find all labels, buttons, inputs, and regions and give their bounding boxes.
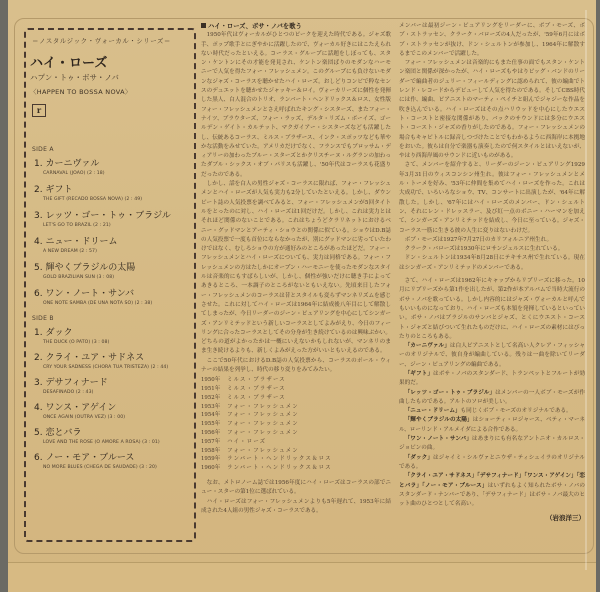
track-title-jp: 6. ノー・モア・ブルース — [34, 450, 194, 463]
poll-winner-row: 1953年フォー・フレッシュメン — [201, 403, 391, 412]
poll-winners-list: 1950年ミルス・ブラザース1951年ミルス・ブラザース1952年ミルス・ブラザ… — [201, 376, 391, 473]
track-title-en: GOLD BRAZILIAN SUN (3 : 08) — [43, 275, 194, 280]
track-title-en: LOVE AND THE ROSE (O AMORE A ROSA) (3 : … — [43, 440, 194, 445]
artist-name: ハイ・ローズ — [30, 52, 107, 71]
poll-year: 1955年 — [201, 420, 227, 429]
track-title-en: ONCE AGAIN (OUTRA VEZ) (3 : 00) — [43, 415, 194, 420]
series-title: ＝ノスタルジック・ヴォーカル・シリーズ＝ — [32, 36, 171, 45]
poll-year: 1954年 — [201, 411, 227, 420]
poll-group: フォー・フレッシュメン — [227, 411, 299, 420]
poll-year: 1959年 — [201, 455, 227, 464]
track-item: 6. ワン・ノート・サンバONE NOTE SAMBA (DE UNA NOTA… — [34, 286, 194, 306]
poll-year: 1952年 — [201, 394, 227, 403]
track-title-en: DESAFINADO (2 : 43) — [43, 390, 194, 395]
poll-year: 1956年 — [201, 429, 227, 438]
song-title: 「ギフト」 — [405, 371, 433, 377]
article-heading: ハイ・ローズ、ボサ・ノバを歌う — [201, 22, 391, 31]
track-title-jp: 5. 恋とバラ — [34, 425, 194, 438]
song-note: 「ギフト」はボサ・ノバのスタンダード、トランペットとフルートが効果的だ。 — [399, 370, 585, 389]
poll-winner-row: 1960年ランバート・ヘンドリックス＆ロス — [201, 464, 391, 473]
track-item: 5. 恋とバラLOVE AND THE ROSE (O AMORE A ROSA… — [34, 425, 194, 445]
author-signature: （岩浪洋三） — [399, 514, 585, 523]
track-title-en: LET'S GO TO BRAZIL (2 : 21) — [43, 223, 194, 228]
track-title-jp: 4. ワンス・アゲイン — [34, 400, 194, 413]
poll-year: 1950年 — [201, 376, 227, 385]
album-title-jp: ハプン・トゥ・ボサ・ノバ — [30, 72, 119, 83]
song-note: 「ダック」はジャイミ・シルヴァとニウザ・ティシェイラのオリジナルである。 — [399, 454, 585, 473]
track-item: 1. ダックTHE DUCK (O PATO) (3 : 08) — [34, 325, 194, 345]
article-paragraph: しかし、話を白人の男性ジャズ・コーラスに限れば、フォー・フレッシュメンとハイ・ロ… — [201, 180, 391, 357]
song-note: 「カーニヴァル」は白人ピアニストとして名高い人クレア・フィッシャーのオリジナルで… — [399, 342, 585, 370]
track-item: 2. クライ・ユア・サドネスCRY YOUR SADNESS (CHORA TU… — [34, 350, 194, 370]
poll-winner-row: 1959年ランバート・ヘンドリックス＆ロス — [201, 455, 391, 464]
article-paragraph: ドン・シェルトンは1934年8月28日にテキサス州で生れている。現在はシンガーズ… — [399, 254, 585, 273]
track-title-en: A NEW DREAM (2 : 57) — [43, 249, 194, 254]
track-item: 4. ワンス・アゲインONCE AGAIN (OUTRA VEZ) (3 : 0… — [34, 400, 194, 420]
song-notes: 「カーニヴァル」は白人ピアニストとして名高い人クレア・フィッシャーのオリジナルで… — [399, 342, 585, 509]
article-paragraph: なお、メトロノーム誌では1956年度にハイ・ローズはコーラスの部でニュー・スター… — [201, 479, 391, 498]
track-item: 2. ギフトTHE GIFT (RECADO BOSSA NOVA) (2 : … — [34, 182, 194, 202]
poll-winner-row: 1954年フォー・フレッシュメン — [201, 411, 391, 420]
article-paragraph: ボブ・モーズは1927年7月27日のカリフォルニア州生れ。 — [399, 236, 585, 245]
article-column-middle: ハイ・ローズ、ボサ・ノバを歌う 1950年代はヴォーカルがひとつのピークを迎えた… — [201, 22, 391, 516]
track-title-jp: 4. ニュー・ドリーム — [34, 234, 194, 247]
poll-group: フォー・フレッシュメン — [227, 447, 299, 456]
track-title-jp: 5. 輝やくブラジルの太陽 — [34, 260, 194, 273]
poll-group: ハイ・ローズ — [227, 438, 266, 447]
poll-group: フォー・フレッシュメン — [227, 420, 299, 429]
poll-year: 1957年 — [201, 438, 227, 447]
poll-group: ランバート・ヘンドリックス＆ロス — [227, 464, 332, 473]
article-paragraph: 1950年代はヴォーカルがひとつのピークを迎えた時代である。ジャズ歌手、ポップ歌… — [201, 31, 391, 180]
poll-winner-row: 1956年フォー・フレッシュメン — [201, 429, 391, 438]
article-paragraph: フォー・フレッシュメンは音楽的にもまた仕事の面でもスタン・ケントン楽団と関係が深… — [399, 59, 585, 161]
track-title-en: NO MORE BLUES (CHEGA DE SAUDADE) (3 : 20… — [43, 465, 194, 470]
song-note: 「クライ・ユア・サドネス」「デサフィナード」「ワンス・アゲイン」「恋とバラ」「ノ… — [399, 472, 585, 509]
track-item: 3. レッツ・ゴー・トゥ・ブラジルLET'S GO TO BRAZIL (2 :… — [34, 208, 194, 228]
track-title-en: THE GIFT (RECADO BOSSA NOVA) (2 : 49) — [43, 197, 194, 202]
poll-group: ミルス・ブラザース — [227, 394, 286, 403]
song-title: 「カーニヴァル」 — [405, 343, 450, 349]
track-title-en: CARNAVAL (JOAO) (2 : 18) — [43, 171, 194, 176]
track-title-jp: 1. カーニヴァル — [34, 156, 194, 169]
track-item: 6. ノー・モア・ブルースNO MORE BLUES (CHEGA DE SAU… — [34, 450, 194, 470]
square-bullet-icon — [201, 23, 206, 28]
poll-group: フォー・フレッシュメン — [227, 429, 299, 438]
track-item: 4. ニュー・ドリームA NEW DREAM (2 : 57) — [34, 234, 194, 254]
song-title: 「ダック」 — [405, 455, 433, 461]
song-title: 「輝やくブラジルの太陽」 — [405, 417, 473, 423]
song-title: 「ワン・ノート・サンバ」 — [405, 436, 472, 442]
article-paragraph: ここで50年代におけるD.B誌の人気投票から、コーラスのポール・ウィナーの結果を… — [201, 357, 391, 376]
article-paragraph: クラーク・バローズは1930年にロサンジェルスに生れている。 — [399, 245, 585, 254]
track-title-en: CRY YOUR SADNESS (CHORA TUA TRISTEZA) (2… — [43, 365, 194, 370]
poll-winner-row: 1958年フォー・フレッシュメン — [201, 447, 391, 456]
article-paragraph: さて、メンバーを紹介すると、リーダーのジーン・ピュアリング1929年3月31日の… — [399, 161, 585, 235]
article-column-right: メンバーは最初ジーン・ピュアリングをリーダーに、ボブ・モーズ、ボブ・ストラッセン… — [399, 22, 585, 524]
song-title: 「レッツ・ゴー・トゥ・ブラジル」 — [405, 390, 496, 396]
track-title-jp: 3. デサフィナード — [34, 375, 194, 388]
reprise-logo-icon: r — [32, 104, 46, 117]
poll-group: ミルス・ブラザース — [227, 376, 286, 385]
track-title-en: ONE NOTE SAMBA (DE UNA NOTA SO) (2 : 38) — [43, 301, 194, 306]
track-item: 3. デサフィナードDESAFINADO (2 : 43) — [34, 375, 194, 395]
poll-group: フォー・フレッシュメン — [227, 403, 299, 412]
song-note: 「ワン・ノート・サンバ」はあまりにも有名なアントニオ・カルロス・ジョビンの曲。 — [399, 435, 585, 454]
track-title-jp: 2. ギフト — [34, 182, 194, 195]
article-paragraph: ハイ・ローズはフォー・フレッシュメンよりも5年遅れて、1953年に結成された4人… — [201, 498, 391, 517]
track-title-jp: 6. ワン・ノート・サンバ — [34, 286, 194, 299]
poll-year: 1958年 — [201, 447, 227, 456]
song-note: 「レッツ・ゴー・トゥ・ブラジル」はメンバーの一人ボブ・モーズが作曲したものである… — [399, 389, 585, 408]
poll-winner-row: 1957年ハイ・ローズ — [201, 438, 391, 447]
track-item: 5. 輝やくブラジルの太陽GOLD BRAZILIAN SUN (3 : 08) — [34, 260, 194, 280]
song-title: 「クライ・ユア・サドネス」「デサフィナード」「ワンス・アゲイン」「恋とバラ」「ノ… — [399, 473, 585, 488]
album-title-en: 〈HAPPEN TO BOSSA NOVA〉 — [30, 87, 132, 96]
sleeve-edge — [585, 10, 587, 570]
track-title-en: THE DUCK (O PATO) (3 : 08) — [43, 340, 194, 345]
article-paragraph: さて、ハイ・ローズは1962年にキャップからリプリーズに移った。10月にリプリー… — [399, 277, 585, 342]
track-title-jp: 3. レッツ・ゴー・トゥ・ブラジル — [34, 208, 194, 221]
track-item: 1. カーニヴァルCARNAVAL (JOAO) (2 : 18) — [34, 156, 194, 176]
poll-winner-row: 1950年ミルス・ブラザース — [201, 376, 391, 385]
poll-year: 1953年 — [201, 403, 227, 412]
side-a-heading: SIDE A — [32, 146, 54, 153]
sheet-bottom-edge — [8, 562, 596, 592]
poll-year: 1960年 — [201, 464, 227, 473]
track-title-jp: 2. クライ・ユア・サドネス — [34, 350, 194, 363]
poll-winner-row: 1952年ミルス・ブラザース — [201, 394, 391, 403]
poll-winner-row: 1951年ミルス・ブラザース — [201, 385, 391, 394]
poll-group: ミルス・ブラザース — [227, 385, 286, 394]
song-title: 「ニュー・ドリーム」 — [405, 408, 461, 414]
song-note: 「輝やくブラジルの太陽」はショーティ・ロジャース、ベティ・マーネル、ローリンド・… — [399, 416, 585, 435]
poll-group: ランバート・ヘンドリックス＆ロス — [227, 455, 332, 464]
poll-winner-row: 1955年フォー・フレッシュメン — [201, 420, 391, 429]
side-b-heading: SIDE B — [32, 315, 54, 322]
track-title-jp: 1. ダック — [34, 325, 194, 338]
song-note: 「ニュー・ドリーム」も同じくボブ・モーズのオリジナルである。 — [399, 407, 585, 416]
article-paragraph: メンバーは最初ジーン・ピュアリングをリーダーに、ボブ・モーズ、ボブ・ストラッセン… — [399, 22, 585, 59]
poll-year: 1951年 — [201, 385, 227, 394]
